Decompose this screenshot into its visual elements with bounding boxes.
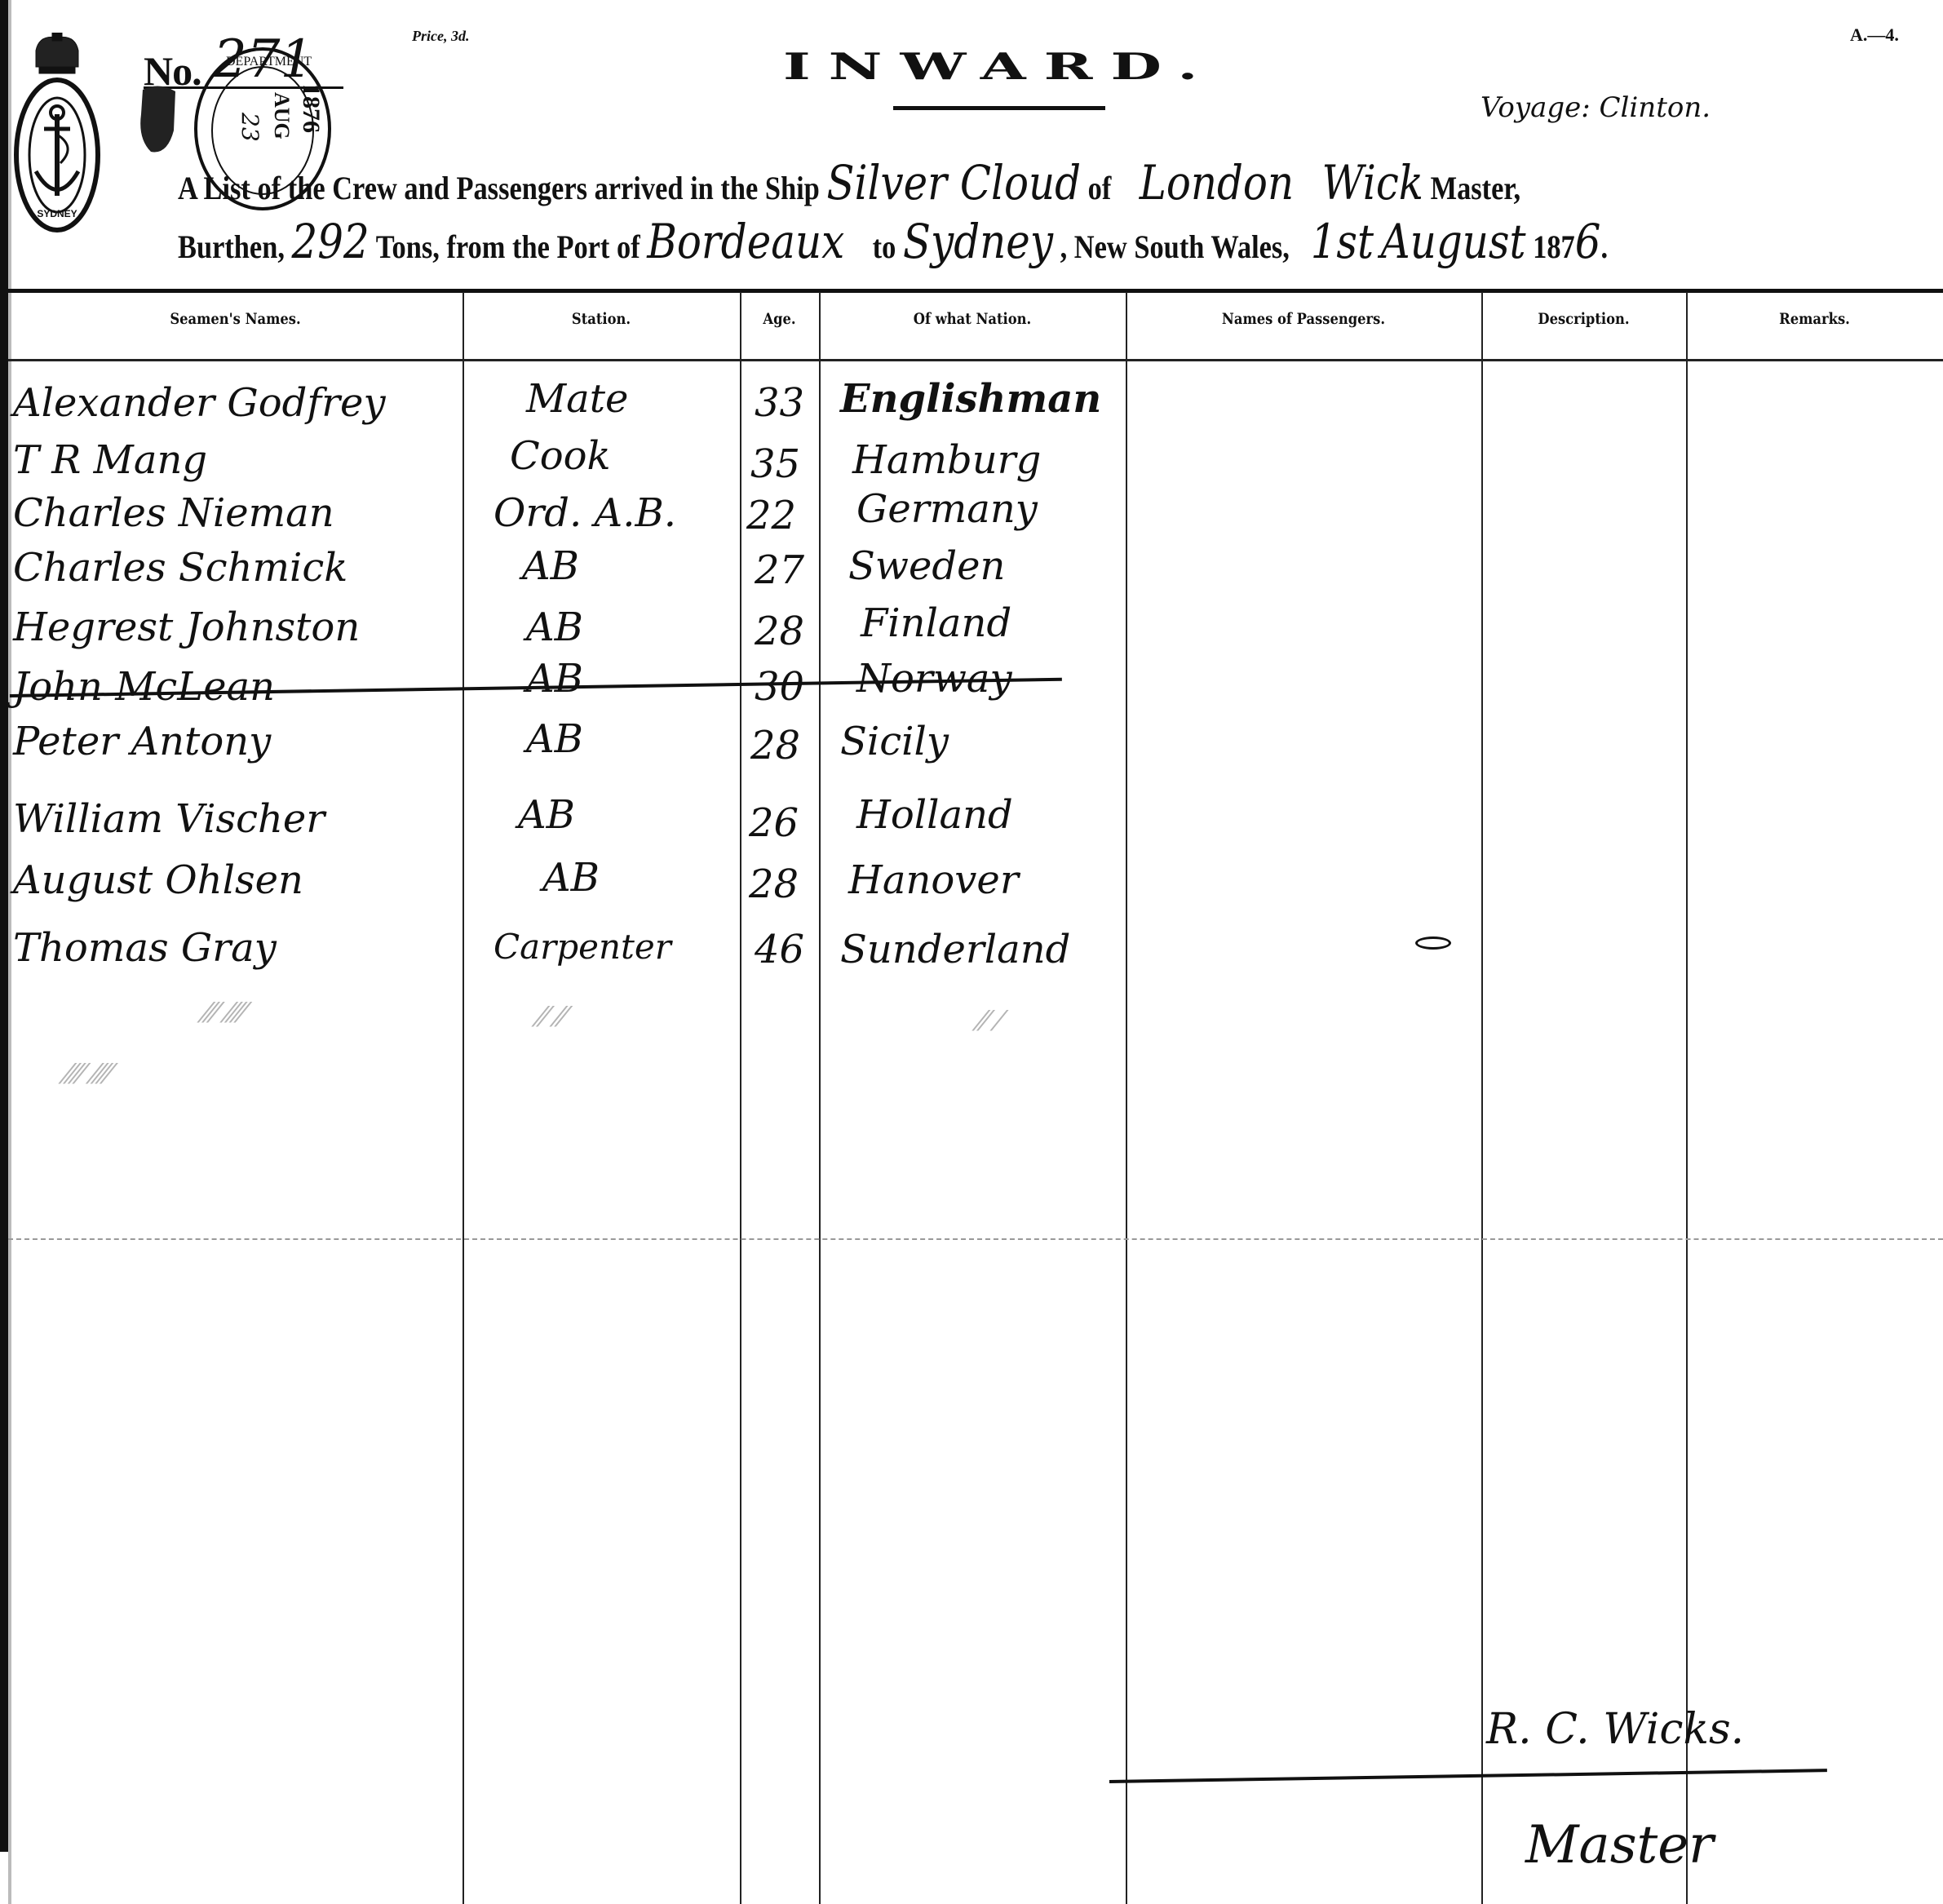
form-code: A.—4. — [1850, 24, 1899, 46]
seaman-age[interactable]: 27 — [755, 551, 804, 590]
ship-name-field[interactable]: Silver Cloud — [826, 155, 1081, 210]
faded-mark: ⁄⁄ ⁄⁄ — [538, 1003, 566, 1031]
seaman-nation[interactable]: Sicily — [840, 722, 949, 761]
faded-mark: ⁄⁄⁄⁄ ⁄⁄⁄⁄ — [65, 1060, 111, 1088]
seaman-station[interactable]: AB — [526, 720, 583, 759]
column-divider — [819, 292, 821, 1904]
seaman-age[interactable]: 33 — [755, 383, 804, 423]
column-header-nation: Of what Nation. — [840, 310, 1104, 328]
burthen-field[interactable]: 292 — [292, 214, 370, 269]
master-name-field[interactable]: Wick — [1321, 155, 1423, 210]
faded-mark: ⁄⁄ ⁄ — [979, 1007, 1002, 1035]
seaman-nation[interactable]: Englishman — [840, 379, 1101, 418]
list-prefix-text: A List of the Crew and Passengers arrive… — [178, 170, 820, 206]
column-header-remarks: Remarks. — [1704, 310, 1925, 328]
colony-label: , New South Wales, — [1060, 228, 1290, 265]
seaman-name[interactable]: Alexander Godfrey — [13, 383, 386, 423]
column-header-age: Age. — [746, 310, 813, 328]
table-header-rule — [8, 359, 1943, 361]
column-divider — [1481, 292, 1483, 1904]
price-label: Price, 3d. — [412, 28, 469, 45]
seaman-station[interactable]: Mate — [526, 379, 628, 418]
svg-text:AUG: AUG — [270, 92, 294, 139]
svg-text:23: 23 — [237, 112, 263, 142]
seaman-nation[interactable]: Hanover — [848, 861, 1019, 900]
wax-seal-mark-icon — [135, 82, 182, 160]
seaman-age[interactable]: 28 — [750, 726, 800, 765]
date-day-field[interactable]: 1st — [1311, 214, 1374, 269]
burthen-label: Burthen, — [178, 228, 285, 265]
ink-dash-mark — [1415, 937, 1451, 950]
seaman-station[interactable]: AB — [522, 547, 579, 586]
seaman-name[interactable]: Hegrest Johnston — [13, 608, 360, 647]
svg-text:DEPARTMENT: DEPARTMENT — [226, 55, 312, 69]
title-underline — [893, 106, 1105, 110]
seaman-station[interactable]: AB — [526, 608, 583, 647]
column-divider — [1686, 292, 1688, 1904]
column-divider — [740, 292, 741, 1904]
seaman-age[interactable]: 35 — [750, 445, 800, 484]
seaman-nation[interactable]: Finland — [861, 604, 1011, 643]
seaman-name[interactable]: T R Mang — [13, 441, 207, 480]
year-printed: 187 — [1533, 228, 1575, 265]
seaman-age[interactable]: 46 — [755, 930, 804, 969]
svg-text:SYDNEY: SYDNEY — [37, 208, 77, 219]
tons-label: Tons, from the Port of — [376, 228, 640, 265]
faded-mark: ⁄⁄⁄ ⁄⁄⁄⁄ — [204, 999, 246, 1027]
seaman-name[interactable]: Thomas Gray — [13, 928, 277, 967]
binding-shadow — [8, 0, 11, 1904]
signature-rule — [1109, 1769, 1827, 1783]
seaman-station[interactable]: Carpenter — [493, 930, 671, 964]
of-label: of — [1088, 170, 1112, 206]
seaman-name[interactable]: August Ohlsen — [13, 861, 303, 900]
to-port-field[interactable]: Sydney — [903, 214, 1053, 269]
voyage-annotation: Voyage: Clinton. — [1480, 91, 1711, 124]
seaman-nation[interactable]: Germany — [856, 489, 1038, 529]
seaman-nation[interactable]: Sunderland — [840, 930, 1070, 969]
master-signature[interactable]: R. C. Wicks. — [1486, 1705, 1744, 1754]
fold-line — [8, 1238, 1943, 1240]
seaman-nation[interactable]: Hamburg — [852, 441, 1041, 480]
from-port-field[interactable]: Bordeaux — [647, 214, 844, 269]
seaman-age[interactable]: 26 — [749, 804, 799, 843]
master-label: Master, — [1431, 170, 1520, 206]
column-header-description: Description. — [1496, 310, 1672, 328]
column-header-seamens-names: Seamen's Names. — [40, 310, 431, 328]
column-header-passengers: Names of Passengers. — [1151, 310, 1457, 328]
seaman-age[interactable]: 30 — [755, 667, 804, 706]
seaman-name[interactable]: Peter Antony — [13, 722, 271, 761]
seaman-name[interactable]: Charles Nieman — [13, 494, 334, 533]
header-line-1: A List of the Crew and Passengers arrive… — [178, 155, 1520, 210]
seaman-nation[interactable]: Holland — [856, 795, 1013, 835]
column-header-station: Station. — [482, 310, 720, 328]
seaman-station[interactable]: AB — [518, 795, 575, 835]
seaman-age[interactable]: 22 — [746, 496, 796, 535]
to-label: to — [873, 228, 896, 265]
seaman-station[interactable]: Cook — [510, 436, 611, 476]
seaman-age[interactable]: 28 — [755, 612, 804, 651]
svg-text:1876: 1876 — [298, 84, 325, 133]
seaman-station[interactable]: Ord. A.B. — [493, 494, 676, 533]
seaman-station[interactable]: AB — [542, 858, 600, 897]
seaman-age[interactable]: 28 — [749, 865, 799, 904]
seaman-name[interactable]: William Vischer — [13, 799, 325, 839]
port-of-registry-field[interactable]: London — [1140, 155, 1294, 210]
year-digit-field[interactable]: 6 — [1575, 214, 1601, 269]
date-month-field[interactable]: August — [1381, 214, 1526, 269]
signature-title: Master — [1525, 1815, 1714, 1875]
page-title: INWARD. — [783, 45, 1215, 88]
shipping-masters-emblem-icon: SYDNEY — [11, 33, 103, 237]
seaman-name[interactable]: John McLean — [13, 667, 275, 706]
period: . — [1600, 228, 1608, 265]
column-divider — [463, 292, 464, 1904]
seaman-station[interactable]: AB — [526, 659, 583, 698]
header-line-2: Burthen, 292 Tons, from the Port of Bord… — [178, 214, 1608, 269]
seaman-name[interactable]: Charles Schmick — [13, 548, 347, 587]
table-top-rule — [8, 289, 1943, 293]
column-divider — [1126, 292, 1127, 1904]
binding-edge — [0, 0, 8, 1852]
seaman-nation[interactable]: Sweden — [848, 547, 1005, 586]
